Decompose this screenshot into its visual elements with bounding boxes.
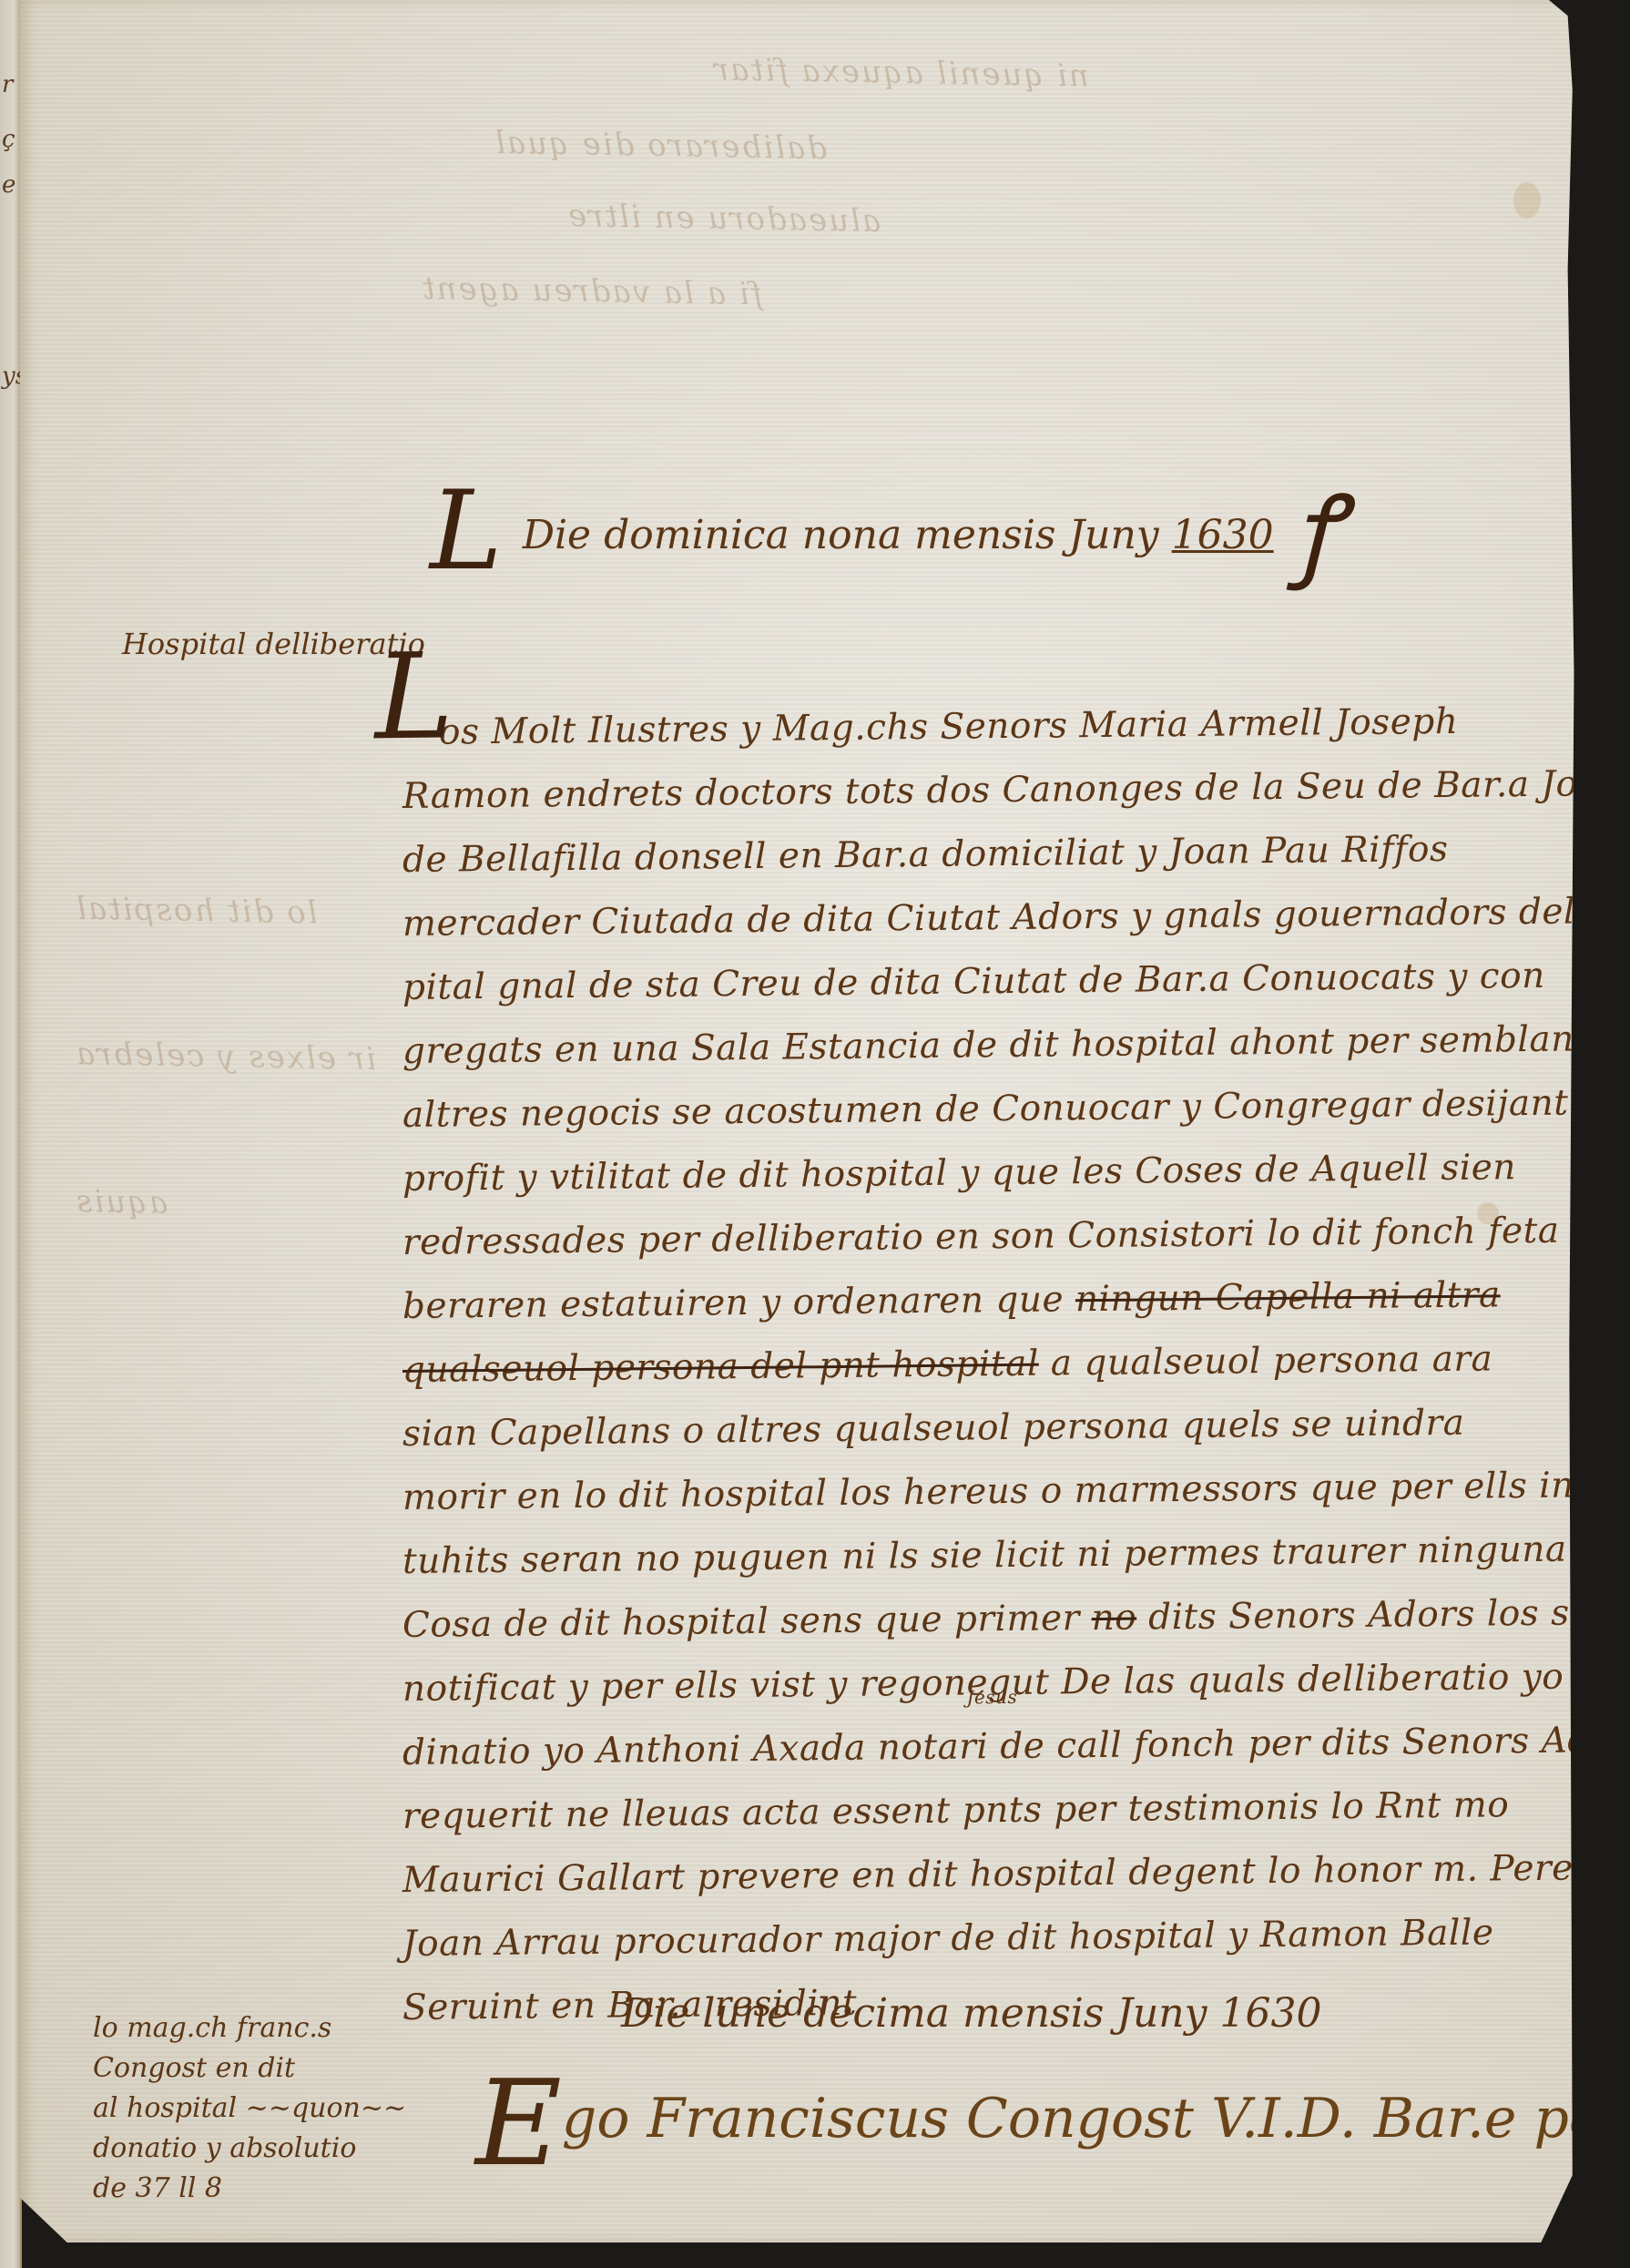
second-date-line: Die lune decima mensis Juny 1630	[621, 1990, 1321, 2037]
header-initial: L	[430, 468, 503, 595]
paper-stain	[1513, 182, 1541, 219]
manuscript-page: ni quenil aquexa fitar daliberaro die qu…	[20, 0, 1588, 2242]
body-text: L os Molt Ilustres y Mag.chs Senors Mari…	[402, 701, 1595, 2040]
margin-line: lo mag.ch franc.s Congost en dit	[93, 2008, 439, 2089]
line-text: os Molt Ilustres y Mag.chs Senors Maria …	[439, 701, 1459, 753]
header-text: Die dominica nona mensis Juny	[523, 512, 1159, 558]
bleed-line: daliberaro die qual	[494, 125, 828, 167]
header-date-line: L Die dominica nona mensis Juny 1630 ꝭ	[430, 460, 1341, 597]
bleed-line: ir elxes y celebra	[75, 1036, 377, 1078]
body-initial: L	[374, 664, 454, 729]
header-year: 1630	[1172, 512, 1274, 558]
superscript-insertion: Jesus	[966, 1688, 1017, 1707]
previous-leaf-edge: r ç e ys	[0, 0, 22, 2268]
bleed-line: aquis	[75, 1183, 168, 1221]
line-text: dinatio yo Anthoni Axada notari de call …	[402, 1720, 1630, 1773]
margin-line: de 37 ll 8	[93, 2169, 439, 2209]
signature-initial: E	[475, 2054, 562, 2192]
bleed-line: ni quenil aquexa fitar	[712, 51, 1089, 94]
margin-note-bottom: lo mag.ch franc.s Congost en dit al hosp…	[93, 2008, 439, 2209]
bleed-line: lo dit hospital	[75, 891, 318, 932]
bleed-line: alueadoru en iltre	[566, 198, 881, 240]
line-text: a qualseuol persona ara	[1039, 1338, 1493, 1384]
notary-signature: Ego Franciscus Congost V.I.D. Bar.e popu…	[475, 2054, 1630, 2192]
bleed-line: fi a la vadreu agent	[421, 271, 763, 313]
signature-text: go Franciscus Congost V.I.D. Bar.e popul…	[562, 2087, 1630, 2151]
flourish-icon: ꝭ	[1294, 474, 1341, 590]
margin-line: donatio y absolutio	[93, 2129, 439, 2169]
line-text: beraren estatuiren y ordenaren que	[402, 1279, 1075, 1327]
struck-text: qualseuol persona del pnt hospital	[402, 1343, 1039, 1391]
struck-text: ningun Capella ni altra	[1075, 1274, 1501, 1320]
leaf-fragment: e	[2, 173, 15, 197]
line-text: dits Senors Adors los sie	[1136, 1592, 1603, 1638]
line-text: Cosa de dit hospital sens que primer	[402, 1598, 1092, 1646]
margin-line: al hospital ~~quon~~	[93, 2089, 439, 2129]
leaf-fragment: ç	[2, 128, 15, 151]
struck-text: no	[1091, 1598, 1136, 1640]
leaf-fragment: r	[2, 73, 13, 97]
